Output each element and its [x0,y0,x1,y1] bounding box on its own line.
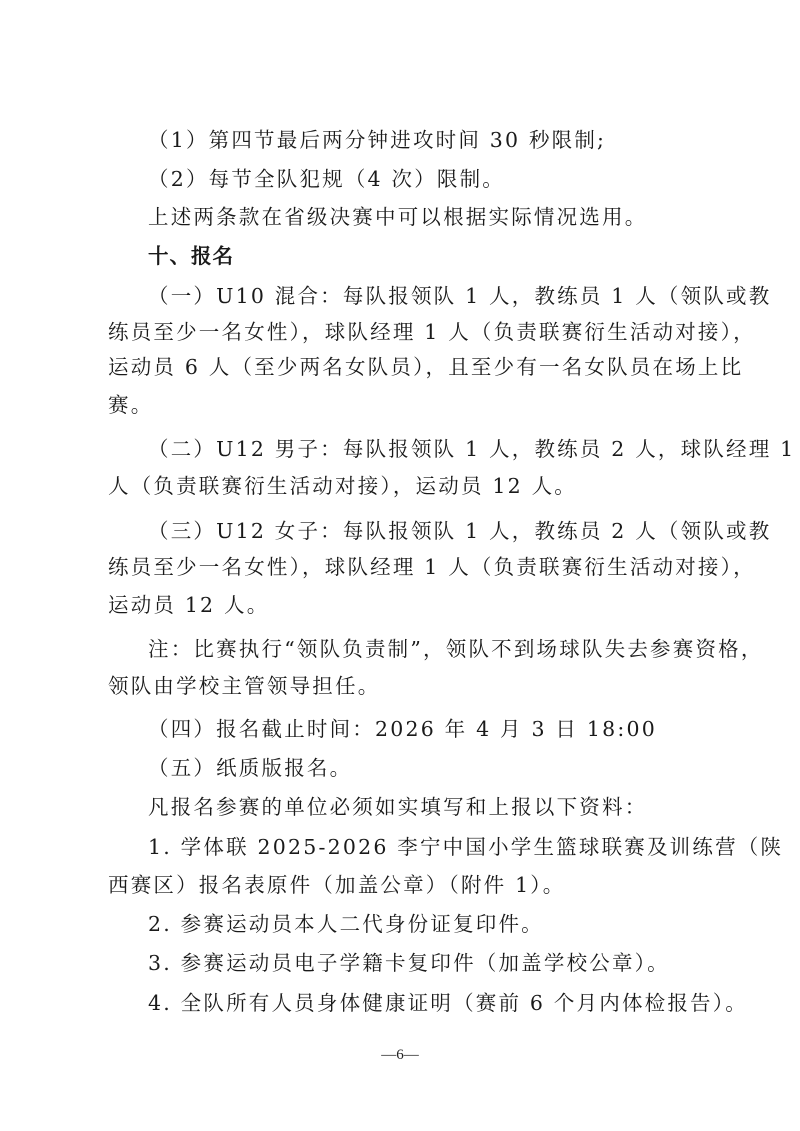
paragraph-line: 上述两条款在省级决赛中可以根据实际情况选用。 [148,202,704,232]
paragraph-line: 4. 全队所有人员身体健康证明（赛前 6 个月内体检报告）。 [148,988,704,1018]
paragraph-line: 练员至少一名女性），球队经理 1 人（负责联赛衍生活动对接）， [108,317,704,347]
paragraph-line: 运动员 12 人。 [108,590,704,620]
section-heading: 十、报名 [148,241,704,271]
paragraph-line: 凡报名参赛的单位必须如实填写和上报以下资料： [148,792,704,822]
paragraph-line: 西赛区）报名表原件（加盖公章）（附件 1）。 [108,870,704,900]
paragraph-line: （一）U10 混合：每队报领队 1 人，教练员 1 人（领队或教 [148,281,704,311]
paragraph-line: （三）U12 女子：每队报领队 1 人，教练员 2 人（领队或教 [148,516,704,546]
paragraph-line: 2. 参赛运动员本人二代身份证复印件。 [148,909,704,939]
paragraph-line: （二）U12 男子：每队报领队 1 人，教练员 2 人，球队经理 1 [148,434,704,464]
paragraph-line: （2）每节全队犯规（4 次）限制。 [148,164,704,194]
paragraph-line: 练员至少一名女性），球队经理 1 人（负责联赛衍生活动对接）， [108,552,704,582]
paragraph-line: 领队由学校主管领导担任。 [108,671,704,701]
paragraph-line: 1. 学体联 2025-2026 李宁中国小学生篮球联赛及训练营（陕 [148,832,704,862]
paragraph-line: 赛。 [108,390,704,420]
page-number: —6— [0,1047,800,1064]
document-page: （1）第四节最后两分钟进攻时间 30 秒限制;（2）每节全队犯规（4 次）限制。… [0,0,800,1131]
paragraph-line: 人（负责联赛衍生活动对接），运动员 12 人。 [108,471,704,501]
paragraph-line: （五）纸质版报名。 [148,753,704,783]
paragraph-line: 3. 参赛运动员电子学籍卡复印件（加盖学校公章）。 [148,948,704,978]
paragraph-line: （1）第四节最后两分钟进攻时间 30 秒限制; [148,125,704,155]
paragraph-line: 运动员 6 人（至少两名女队员），且至少有一名女队员在场上比 [108,352,704,382]
paragraph-line: （四）报名截止时间：2026 年 4 月 3 日 18:00 [148,714,704,744]
paragraph-line: 注：比赛执行“领队负责制”，领队不到场球队失去参赛资格， [148,634,704,664]
